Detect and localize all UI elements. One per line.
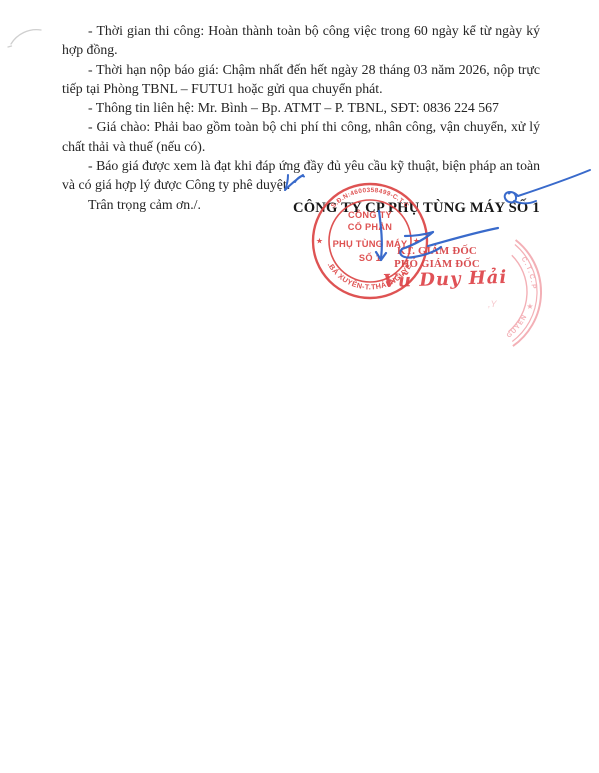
seal-star-left-icon: ★	[316, 237, 323, 246]
seal-center-line2: CỔ PHẦN	[348, 221, 393, 232]
partial-seal-star-icon: ★	[526, 302, 533, 311]
seal-center-line4: SỐ 1	[359, 252, 381, 263]
paragraph-contact-info: - Thông tin liên hệ: Mr. Bình – Bp. ATMT…	[62, 98, 540, 117]
seal-star-right-icon: ★	[413, 237, 420, 246]
paragraph-quote-deadline: - Thời hạn nộp báo giá: Chậm nhất đến hế…	[62, 60, 540, 99]
scanned-letter-page: - Thời gian thi công: Hoàn thành toàn bộ…	[0, 0, 599, 773]
pencil-smudge	[8, 30, 41, 47]
letter-body: - Thời gian thi công: Hoàn thành toàn bộ…	[62, 21, 540, 214]
paragraph-construction-time: - Thời gian thi công: Hoàn thành toàn bộ…	[62, 21, 540, 60]
partial-seal-inner-text: ,Y	[488, 299, 498, 309]
partial-seal-impression: C.T.C.P GUYEN ★ ,Y	[430, 225, 599, 357]
company-seal: S.Đ.N:4600358499-C.T.C P.BÁ XUYÊN-T.THÁI…	[311, 181, 430, 305]
paragraph-price-scope: - Giá chào: Phải bao gồm toàn bộ chi phí…	[62, 117, 540, 156]
seal-center-line3: PHỤ TÙNG MÁY	[333, 238, 408, 249]
paragraph-acceptance-criteria: - Báo giá được xem là đạt khi đáp ứng đầ…	[62, 156, 540, 195]
seal-center-line1: CÔNG TY	[348, 209, 392, 220]
